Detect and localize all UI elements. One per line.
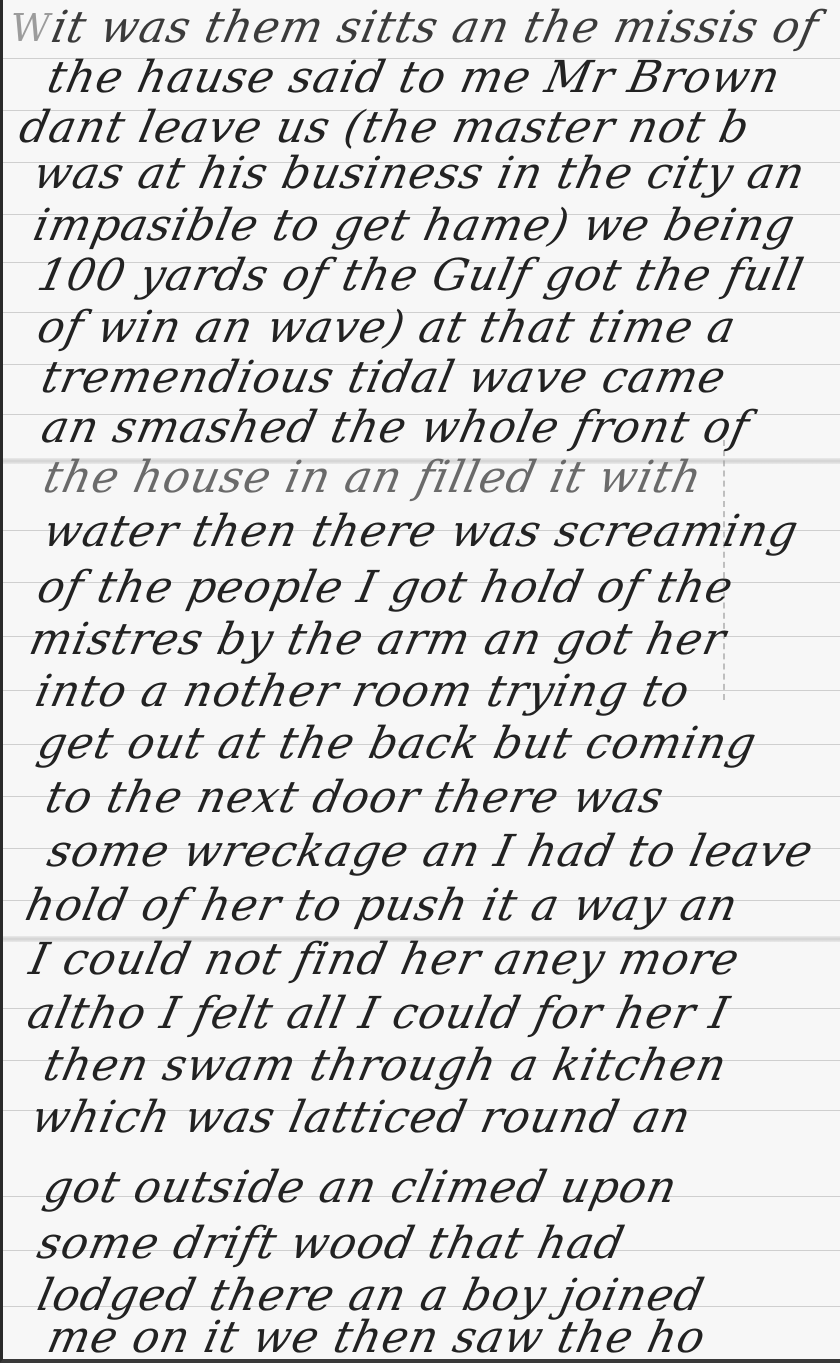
- text-line: mistres by the arm an got her: [25, 614, 731, 665]
- text-line: some drift wood that had: [33, 1218, 629, 1269]
- margin-mark: W: [11, 6, 50, 50]
- text-line: it was them sitts an the missis of: [47, 2, 823, 53]
- handwritten-page: W it was them sitts an the missis of the…: [0, 0, 840, 1363]
- text-line: I could not find her aney more: [25, 934, 744, 985]
- text-line: the house in an filled it with: [39, 452, 707, 503]
- text-line: of the people I got hold of the: [33, 562, 738, 613]
- text-line: tremendious tidal wave came: [37, 352, 731, 403]
- text-line: which was latticed round an: [27, 1092, 696, 1143]
- text-line: me on it we then saw the ho: [43, 1312, 711, 1363]
- text-line: to the next door there was: [41, 772, 669, 823]
- text-line: impasible to get hame) we being: [29, 200, 800, 251]
- text-line: hold of her to push it a way an: [21, 880, 743, 931]
- text-line: into a nother room trying to: [31, 666, 695, 717]
- text-line: water then there was screaming: [39, 506, 803, 557]
- text-line: get out at the back but coming: [33, 718, 761, 769]
- text-line: altho I felt all I could for her I: [23, 988, 734, 1039]
- text-line: 100 yards of the Gulf got the full: [33, 250, 808, 301]
- text-line: some wreckage an I had to leave: [43, 826, 818, 877]
- text-line: the hause said to me Mr Brown: [43, 52, 785, 103]
- text-line: got outside an climed upon: [39, 1162, 682, 1213]
- text-line: was at his business in the city an: [29, 148, 810, 199]
- text-line: of win an wave) at that time a: [33, 302, 741, 353]
- text-line: dant leave us (the master not b: [15, 102, 755, 153]
- text-line: an smashed the whole front of: [37, 402, 754, 453]
- text-line: then swam through a kitchen: [39, 1040, 732, 1091]
